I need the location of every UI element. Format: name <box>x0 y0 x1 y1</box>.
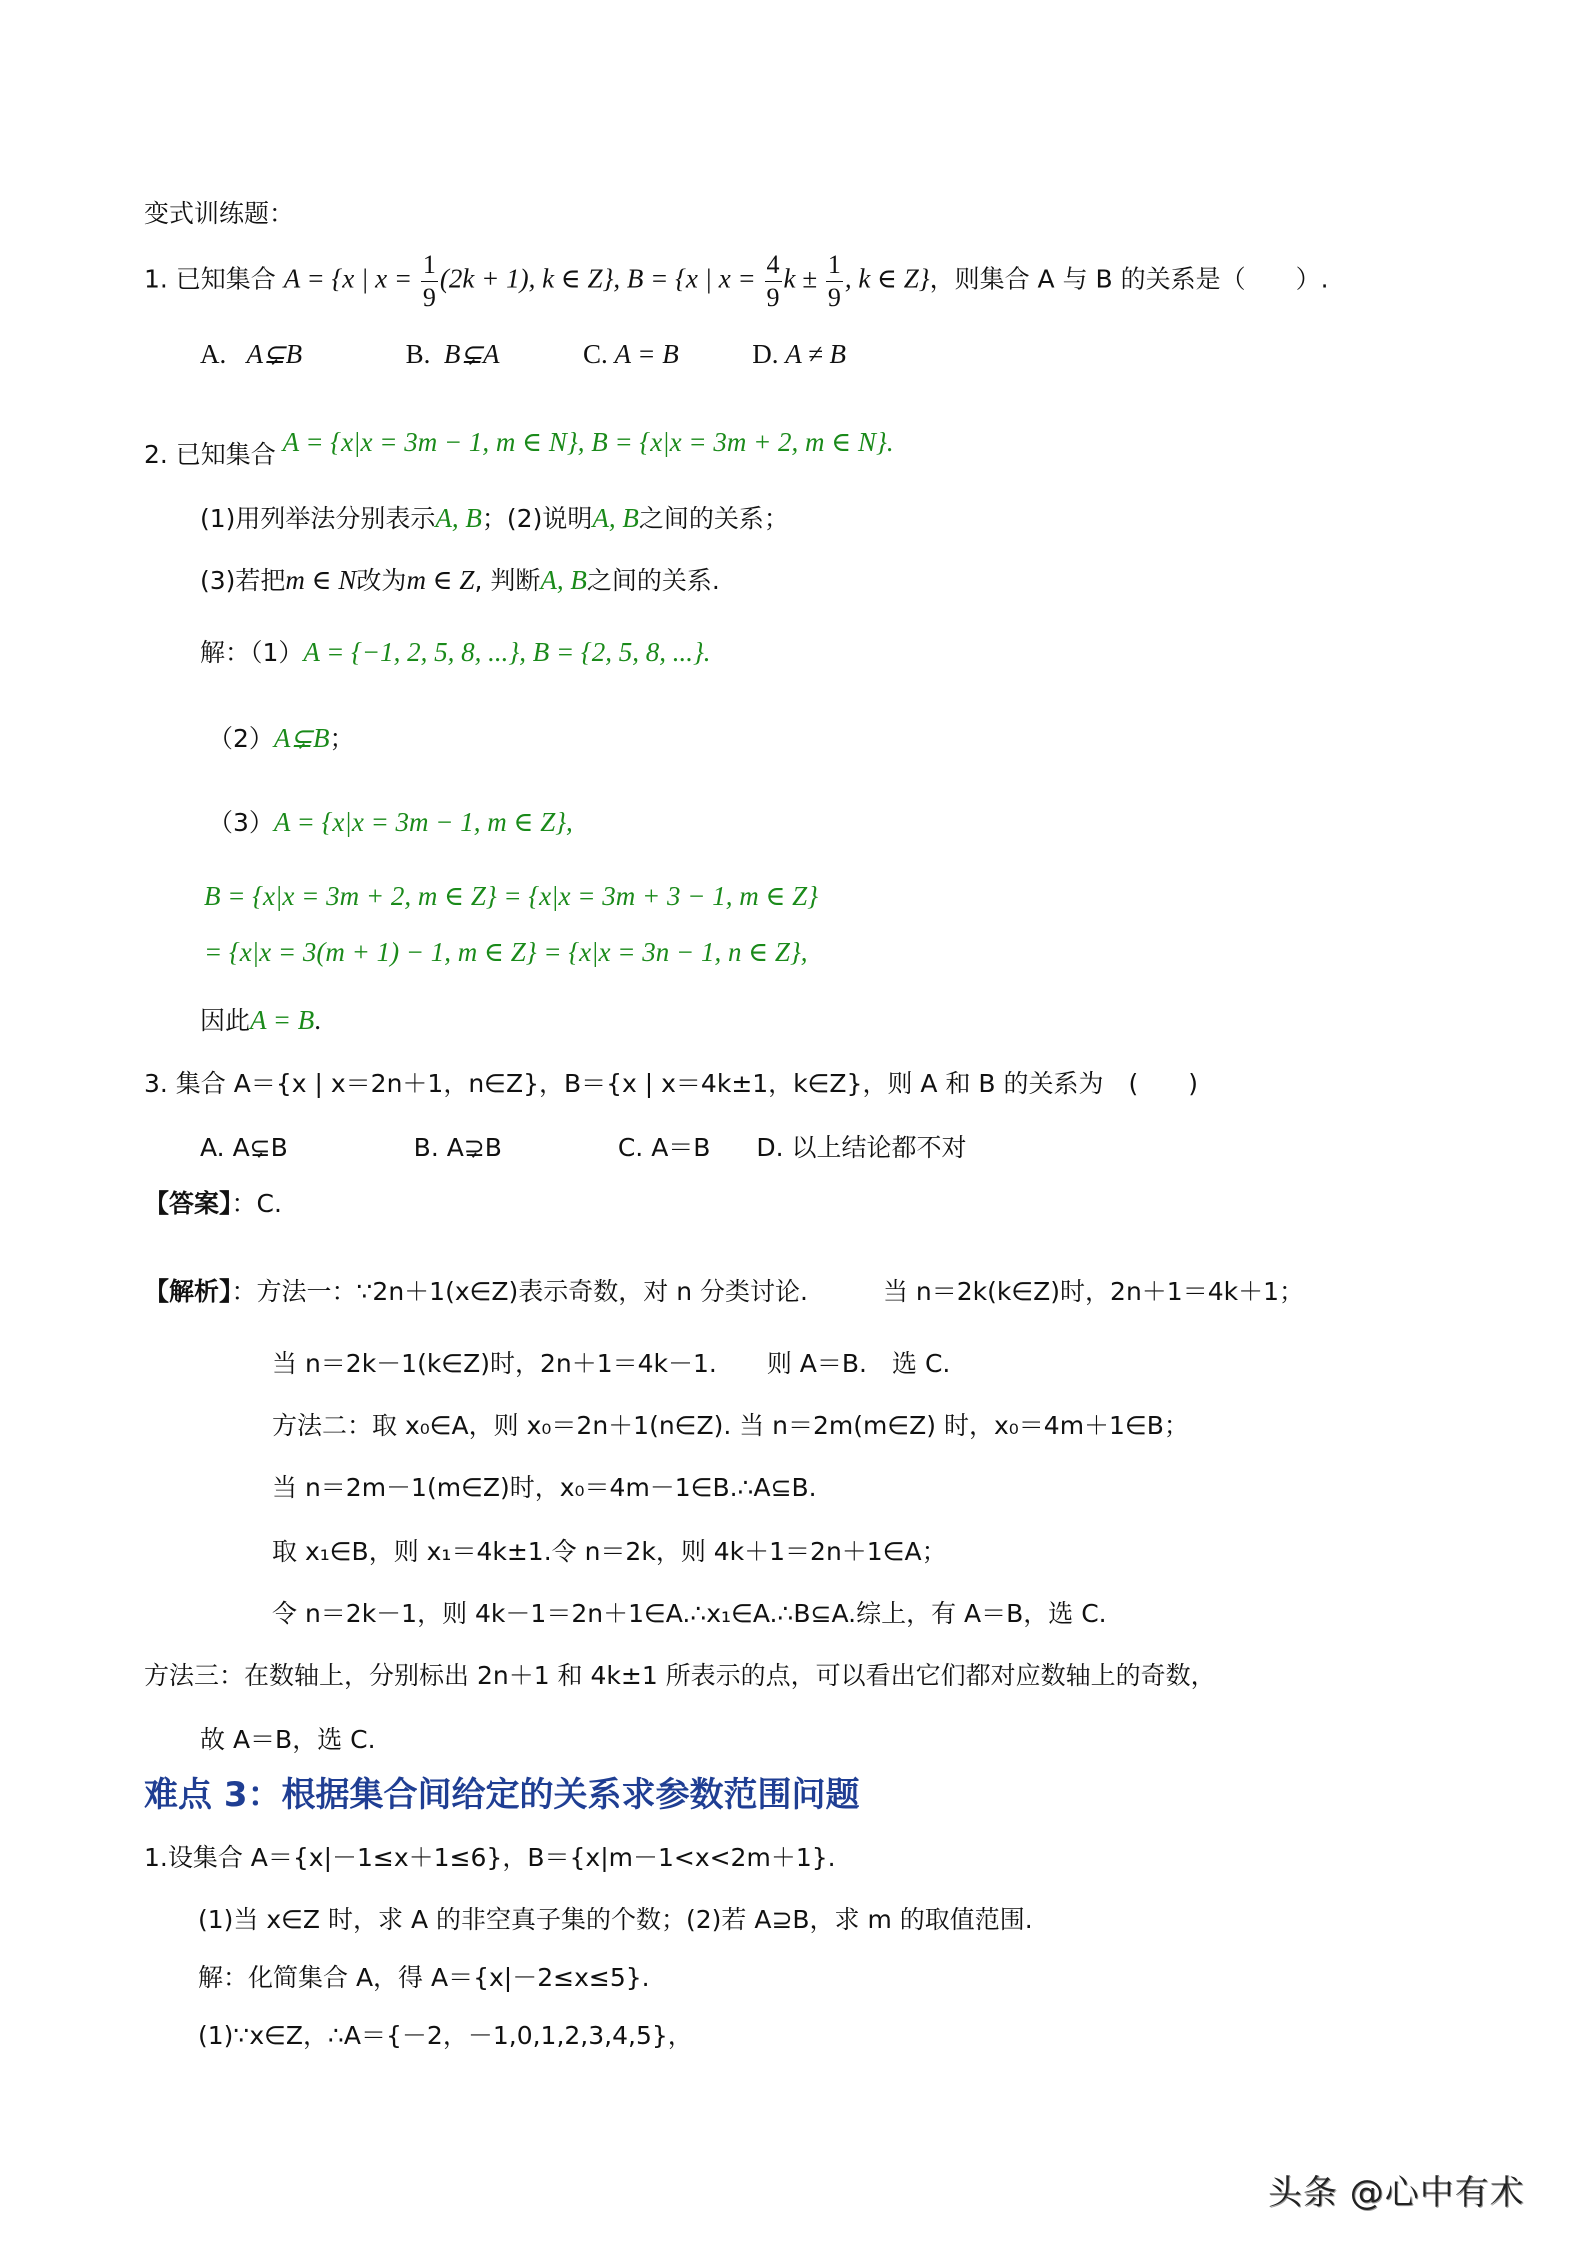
q2-sets: A = {x|x = 3m − 1, m ∈ N}, B = {x|x = 3m… <box>283 427 894 457</box>
q2-solution-3: （3）A = {x|x = 3m − 1, m ∈ Z}, <box>208 804 573 841</box>
q2-solution-1: 解：（1）A = {−1, 2, 5, 8, ...}, B = {2, 5, … <box>200 634 711 671</box>
analysis-label: 【解析】 <box>144 1277 232 1306</box>
q3-analysis-line-5: 取 x₁∈B，则 x₁＝4k±1.令 n＝2k，则 4k＋1＝2n＋1∈A； <box>272 1534 947 1570</box>
q3-option-d[interactable]: D. 以上结论都不对 <box>756 1133 966 1162</box>
q3-analysis-line-7: 方法三：在数轴上，分别标出 2n＋1 和 4k±1 所表示的点，可以看出它们都对… <box>144 1658 1216 1694</box>
q3-analysis-line-8: 故 A＝B，选 C. <box>200 1722 376 1758</box>
section3-question-1-parts: (1)当 x∈Z 时，求 A 的非空真子集的个数；(2)若 A⊇B，求 m 的取… <box>198 1902 1033 1938</box>
q2-solution-2: （2）A⊊B； <box>208 720 355 757</box>
q1-set-b: B = {x | x = <box>627 264 763 294</box>
question-3: 3. 集合 A＝{x | x＝2n＋1，n∈Z}，B＝{x | x＝4k±1，k… <box>144 1066 1198 1102</box>
q1-frac-a: 19 <box>421 252 438 311</box>
q3-analysis-line-2: 当 n＝2k－1(k∈Z)时，2n＋1＝4k－1. 则 A＝B. 选 C. <box>272 1346 950 1382</box>
q1-option-a[interactable]: A. A⊊B <box>200 339 302 369</box>
q3-option-a[interactable]: A. A⊊B <box>200 1133 288 1162</box>
q1-frac-b2: 19 <box>826 252 843 311</box>
watermark: 头条 @心中有术 <box>1268 2165 1525 2214</box>
q3-option-b[interactable]: B. A⊋B <box>414 1133 502 1162</box>
section-heading: 变式训练题： <box>144 196 294 232</box>
section3-solution-line-1: 解：化简集合 A，得 A＝{x|－2≤x≤5}. <box>198 1960 650 1996</box>
q2-conclusion: 因此A = B. <box>200 1002 321 1039</box>
section-title: 难点 3：根据集合间给定的关系求参数范围问题 <box>144 1772 860 1818</box>
q2-parts-1-2: (1)用列举法分别表示A, B；(2)说明A, B之间的关系； <box>200 500 789 537</box>
q3-analysis-line-1: 【解析】：方法一：∵2n＋1(x∈Z)表示奇数，对 n 分类讨论. 当 n＝2k… <box>144 1274 1304 1310</box>
q3-answer: 【答案】：C. <box>144 1186 282 1222</box>
answer-label: 【答案】 <box>144 1189 232 1218</box>
q1-frac-b1: 49 <box>765 252 782 311</box>
q2-solution-3-line-3: = {x|x = 3(m + 1) − 1, m ∈ Z} = {x|x = 3… <box>204 934 808 970</box>
q1-set-a: A = {x | x = <box>284 264 419 294</box>
section3-solution-line-2: (1)∵x∈Z，∴A＝{－2，－1,0,1,2,3,4,5}， <box>198 2018 693 2054</box>
q2-solution-3-line-2: B = {x|x = 3m + 2, m ∈ Z} = {x|x = 3m + … <box>204 878 818 914</box>
q1-suffix: ，则集合 A 与 B 的关系是（ ）. <box>930 265 1329 294</box>
section3-question-1: 1.设集合 A＝{x|－1≤x＋1≤6}，B＝{x|m－1<x<2m＋1}. <box>144 1840 836 1876</box>
q1-options: A. A⊊B B. B⊊A C. A = B D. A ≠ B <box>200 336 846 372</box>
q3-options: A. A⊊B B. A⊋B C. A＝B D. 以上结论都不对 <box>200 1130 967 1166</box>
q3-analysis-line-4: 当 n＝2m－1(m∈Z)时，x₀＝4m－1∈B.∴A⊆B. <box>272 1470 817 1506</box>
question-1: 1. 已知集合 A = {x | x = 19(2k + 1), k ∈ Z},… <box>144 252 1329 311</box>
answer-value: ：C. <box>232 1189 282 1218</box>
q1-option-d[interactable]: D. A ≠ B <box>752 339 846 369</box>
q2-part-3: (3)若把m ∈ N改为m ∈ Z, 判断A, B之间的关系. <box>200 562 720 599</box>
q3-analysis-line-6: 令 n＝2k－1，则 4k－1＝2n＋1∈A.∴x₁∈A.∴B⊆A.综上，有 A… <box>272 1596 1107 1632</box>
q3-option-c[interactable]: C. A＝B <box>618 1133 711 1162</box>
q1-option-b[interactable]: B. B⊊A <box>406 339 500 369</box>
q1-option-c[interactable]: C. A = B <box>583 339 679 369</box>
question-2: 2. 已知集合 A = {x|x = 3m − 1, m ∈ N}, B = {… <box>144 436 894 473</box>
q1-prefix: 1. 已知集合 <box>144 265 284 294</box>
q3-analysis-line-3: 方法二：取 x₀∈A，则 x₀＝2n＋1(n∈Z). 当 n＝2m(m∈Z) 时… <box>272 1408 1189 1444</box>
